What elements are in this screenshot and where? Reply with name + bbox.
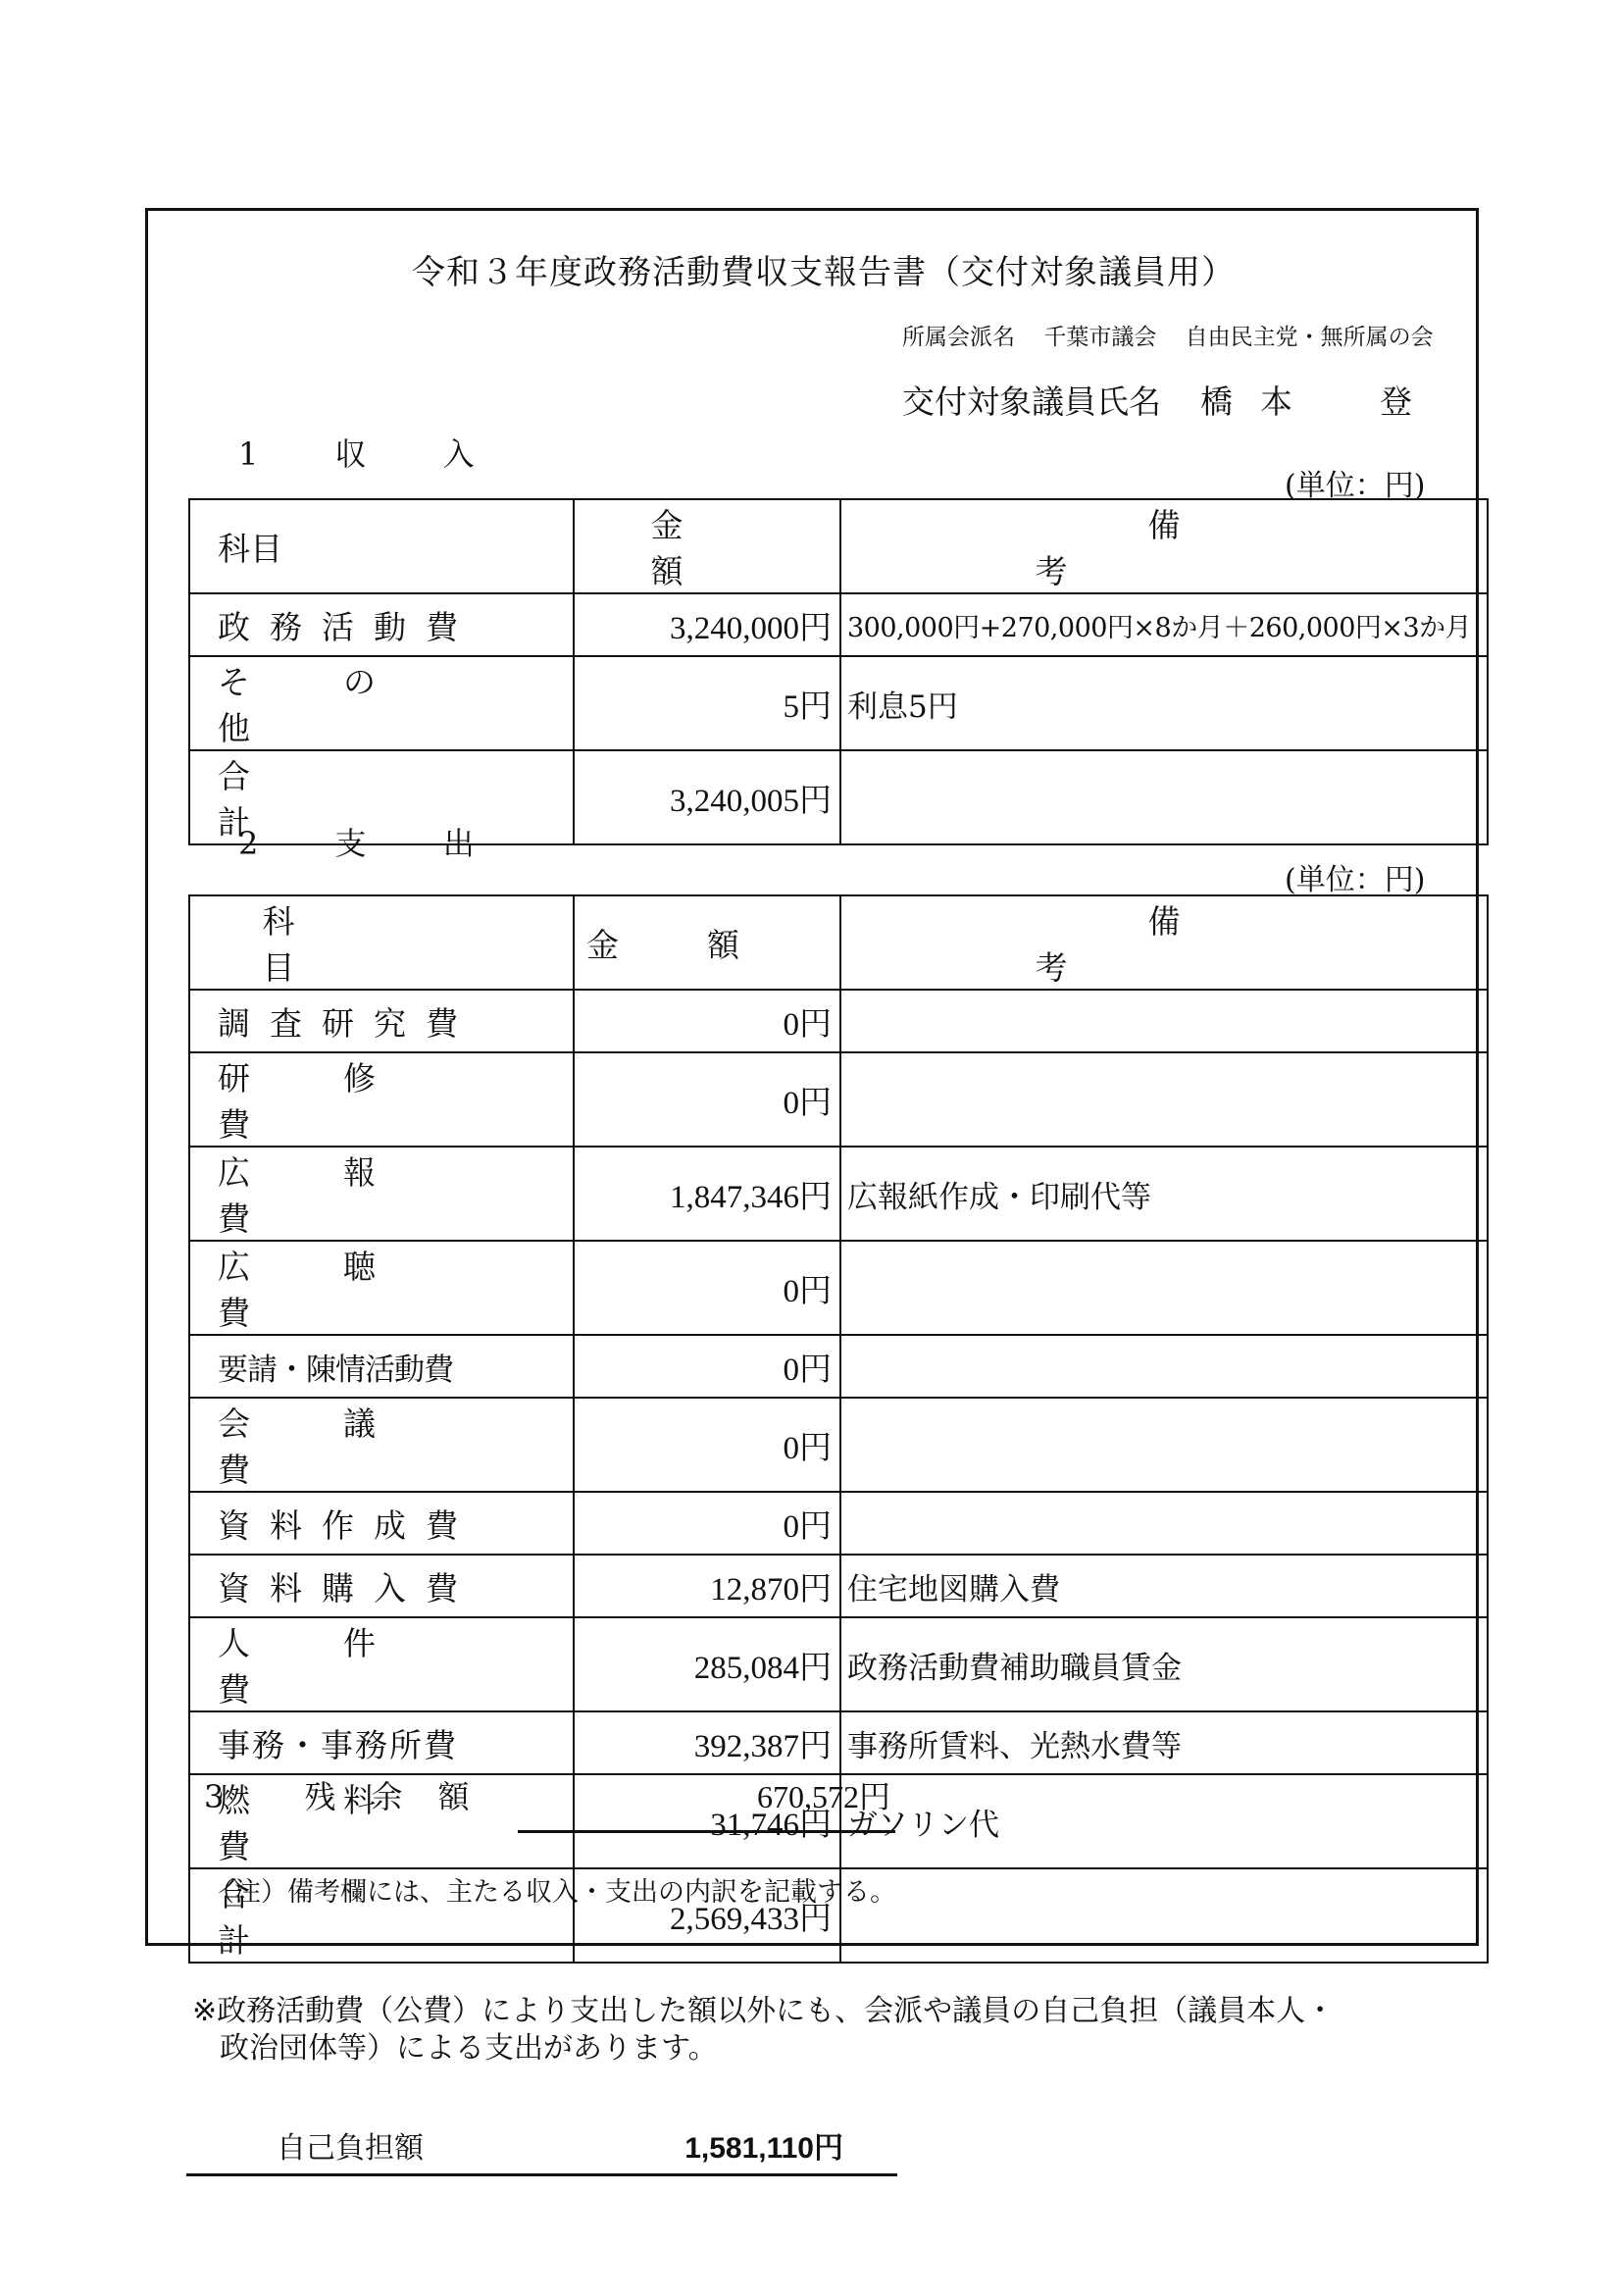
table-row: 調査研究費 0円 xyxy=(189,990,1488,1052)
item-label: 広報費 xyxy=(218,1148,545,1240)
table-header-row: 科目 金額 備考 xyxy=(189,895,1488,990)
amount-cell: 392,387円 xyxy=(574,1711,840,1774)
note-cell xyxy=(840,750,1488,844)
amount-cell: 0円 xyxy=(574,1492,840,1555)
amount-cell: 0円 xyxy=(574,1335,840,1398)
note-cell xyxy=(840,1868,1488,1963)
member-line: 交付対象議員氏名橋本 登 xyxy=(902,377,1440,423)
self-burden-underline xyxy=(186,2173,897,2176)
table-row: 広報費 1,847,346円 広報紙作成・印刷代等 xyxy=(189,1147,1488,1241)
item-label: 研修費 xyxy=(218,1053,545,1146)
amount-cell: 3,240,000円 xyxy=(574,593,840,656)
expenditure-unit: (単位：円) xyxy=(1285,855,1425,898)
expenditure-heading: 2 支 出 xyxy=(238,819,508,864)
item-cell: 調査研究費 xyxy=(189,990,574,1052)
note-cell xyxy=(840,1052,1488,1147)
table-row: 資料作成費 0円 xyxy=(189,1492,1488,1555)
item-cell: 要請・陳情活動費 xyxy=(189,1335,574,1398)
item-label: 広聴費 xyxy=(218,1242,545,1334)
table-row: 研修費 0円 xyxy=(189,1052,1488,1147)
amount-cell: 0円 xyxy=(574,990,840,1052)
item-label: その他 xyxy=(218,657,545,749)
item-cell: 事務・事務所費 xyxy=(189,1711,574,1774)
header-note: 備考 xyxy=(840,499,1488,593)
item-label: 調査研究費 xyxy=(218,998,545,1045)
note-cell: 300,000円+270,000円×8か月＋260,000円×3か月 xyxy=(840,593,1488,656)
item-label: 資料購入費 xyxy=(218,1563,545,1609)
item-label: 人件費 xyxy=(218,1618,545,1710)
item-cell: 資料作成費 xyxy=(189,1492,574,1555)
amount-cell: 0円 xyxy=(574,1052,840,1147)
item-cell: 広聴費 xyxy=(189,1241,574,1335)
note-cell xyxy=(840,990,1488,1052)
item-cell: その他 xyxy=(189,656,574,750)
note-cell: 住宅地図購入費 xyxy=(840,1555,1488,1617)
member-label: 交付対象議員氏名 xyxy=(902,383,1161,421)
item-label: 要請・陳情活動費 xyxy=(218,1345,545,1389)
faction-name: 自由民主党・無所属の会 xyxy=(1186,325,1434,350)
item-label: 政務活動費 xyxy=(218,602,545,648)
header-note-label: 備考 xyxy=(923,902,1406,987)
item-cell: 広報費 xyxy=(189,1147,574,1241)
item-cell: 会議費 xyxy=(189,1398,574,1492)
header-item: 科目 xyxy=(189,895,574,990)
document-title: 令和３年度政務活動費収支報告書（交付対象議員用） xyxy=(412,245,1236,293)
header-item: 科目 xyxy=(189,499,574,593)
table-row: 資料購入費 12,870円 住宅地図購入費 xyxy=(189,1555,1488,1617)
note-cell xyxy=(840,1492,1488,1555)
header-note: 備考 xyxy=(840,895,1488,990)
balance-value: 670,572円 xyxy=(518,1772,890,1817)
header-item-label: 科目 xyxy=(218,896,545,989)
footnote-line-2: 政治団体等）による支出があります。 xyxy=(192,2030,1487,2067)
balance-label: 3 残余額 xyxy=(204,1772,505,1817)
header-amount: 金額 xyxy=(574,499,840,593)
table-row: 人件費 285,084円 政務活動費補助職員賃金 xyxy=(189,1617,1488,1711)
note-cell: 事務所賃料、光熱水費等 xyxy=(840,1711,1488,1774)
note-cell: ガソリン代 xyxy=(840,1774,1488,1868)
table-row: 事務・事務所費 392,387円 事務所賃料、光熱水費等 xyxy=(189,1711,1488,1774)
item-cell: 研修費 xyxy=(189,1052,574,1147)
table-row: 会議費 0円 xyxy=(189,1398,1488,1492)
item-label: 会議費 xyxy=(218,1399,545,1491)
amount-cell: 1,847,346円 xyxy=(574,1147,840,1241)
faction-label: 所属会派名 xyxy=(902,325,1015,350)
income-table: 科目 金額 備考 政務活動費 3,240,000円 300,000円+270,0… xyxy=(188,498,1489,845)
item-cell: 政務活動費 xyxy=(189,593,574,656)
note-cell xyxy=(840,1335,1488,1398)
header-amount-label: 金額 xyxy=(622,500,800,592)
note-cell: 利息5円 xyxy=(840,656,1488,750)
note-cell xyxy=(840,1398,1488,1492)
faction-assembly: 千葉市議会 xyxy=(1043,325,1156,350)
amount-cell: 285,084円 xyxy=(574,1617,840,1711)
table-row: その他 5円 利息5円 xyxy=(189,656,1488,750)
item-label: 資料作成費 xyxy=(218,1501,545,1547)
table-header-row: 科目 金額 備考 xyxy=(189,499,1488,593)
amount-cell: 5円 xyxy=(574,656,840,750)
header-note-label: 備考 xyxy=(923,506,1406,590)
note-cell: 政務活動費補助職員賃金 xyxy=(840,1617,1488,1711)
amount-cell: 0円 xyxy=(574,1241,840,1335)
self-burden-value: 1,581,110円 xyxy=(628,2123,843,2167)
note-cell xyxy=(840,1241,1488,1335)
item-label: 事務・事務所費 xyxy=(218,1720,545,1766)
header-amount-label: 金額 xyxy=(586,926,828,964)
amount-cell: 3,240,005円 xyxy=(574,750,840,844)
member-name: 橋本 登 xyxy=(1200,383,1440,421)
note-cell: 広報紙作成・印刷代等 xyxy=(840,1147,1488,1241)
header-amount: 金額 xyxy=(574,895,840,990)
amount-cell: 12,870円 xyxy=(574,1555,840,1617)
item-cell: 人件費 xyxy=(189,1617,574,1711)
income-heading: 1 収 入 xyxy=(238,430,508,475)
balance-underline xyxy=(518,1830,895,1833)
table-row: 政務活動費 3,240,000円 300,000円+270,000円×8か月＋2… xyxy=(189,593,1488,656)
table-row: 広聴費 0円 xyxy=(189,1241,1488,1335)
table-row: 要請・陳情活動費 0円 xyxy=(189,1335,1488,1398)
amount-cell: 0円 xyxy=(574,1398,840,1492)
footnote-line-1: ※政務活動費（公費）により支出した額以外にも、会派や議員の自己負担（議員本人・ xyxy=(192,1994,1335,2028)
self-burden-label: 自己負担額 xyxy=(277,2123,424,2167)
remarks-note: （注）備考欄には、主たる収入・支出の内訳を記載する。 xyxy=(208,1870,896,1909)
item-cell: 資料購入費 xyxy=(189,1555,574,1617)
faction-line: 所属会派名 千葉市議会 自由民主党・無所属の会 xyxy=(902,319,1455,351)
header-item-label: 科目 xyxy=(218,524,282,570)
self-burden-footnote: ※政務活動費（公費）により支出した額以外にも、会派や議員の自己負担（議員本人・ … xyxy=(192,1993,1487,2067)
